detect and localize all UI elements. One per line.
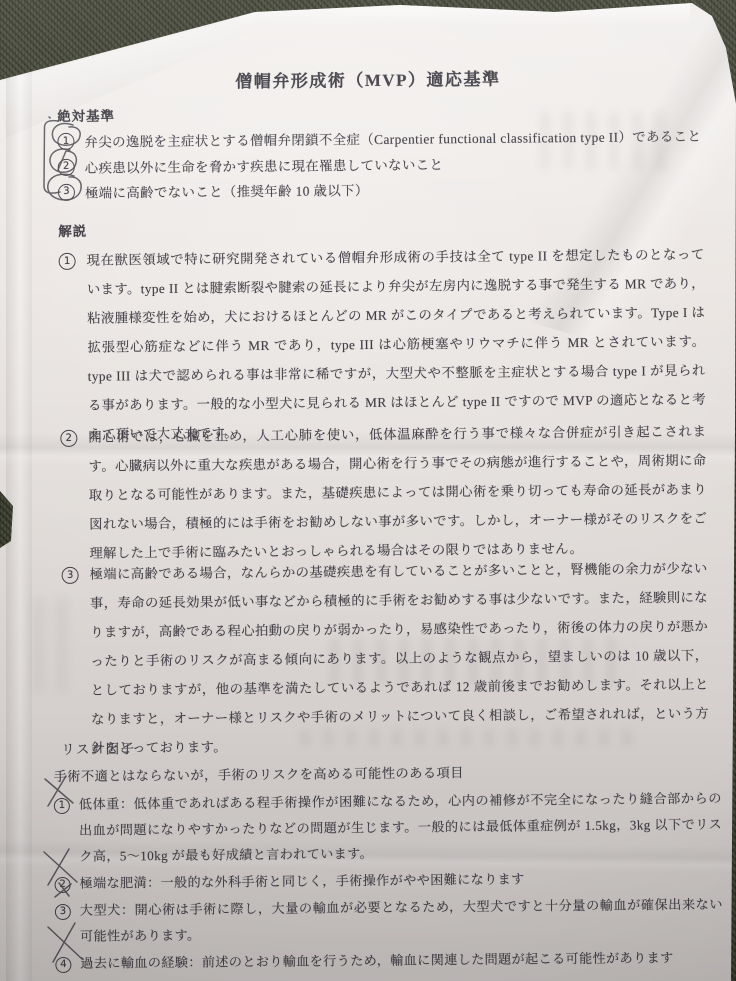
circled-number: 2: [60, 430, 77, 447]
staple-icon: [45, 49, 71, 57]
explanation-text: 極端に高齢である場合，なんらかの基礎疾患を有していることが多いことと，腎機能の余…: [89, 554, 709, 763]
circled-number: 4: [55, 957, 71, 973]
explanation-item: 2開心術では，心臓を止め，人工心肺を使い，低体温麻酔を行う事で様々な合併症が引き…: [60, 417, 707, 568]
absolute-criterion-item: 3極端に高齢でないこと（推奨年齢 10 歳以下）: [58, 173, 718, 205]
absolute-criterion-text: 弁尖の逸脱を主症状とする僧帽弁閉鎖不全症（Carpentier function…: [84, 126, 717, 151]
risk-factor-item: 3大型犬：開心術は手術に際し，大量の輸血が必要となるため，大型犬ですと十分量の輸…: [55, 892, 723, 950]
document-title: 僧帽弁形成術（MVP）適応基準: [0, 62, 736, 94]
circled-number: 1: [57, 133, 74, 150]
section-heading-absolute-criteria: 絶対基準: [57, 105, 115, 125]
circled-number: 2: [55, 877, 71, 893]
circled-number: 1: [59, 253, 76, 270]
document-page: 僧帽弁形成術（MVP）適応基準 絶対基準 1弁尖の逸脱を主症状とする僧帽弁閉鎖不…: [0, 0, 736, 981]
risk-factor-item: 1低体重：低体重であればある程手術操作が困難になるため，心内の補修が不完全になっ…: [54, 786, 723, 870]
explanation-text: 開心術では，心臓を止め，人工心肺を使い，低体温麻酔を行う事で様々な合併症が引き起…: [88, 417, 707, 568]
circled-number: 3: [58, 184, 75, 201]
risk-factor-list: 1低体重：低体重であればある程手術操作が困難になるため，心内の補修が不完全になっ…: [54, 786, 724, 978]
risk-factor-text: 大型犬：開心術は手術に際し，大量の輸血が必要となるため，大型犬ですと十分量の輸血…: [80, 892, 723, 950]
explanation-list: 1現在獣医領域で特に研究開発されている僧帽弁形成術の手技は全て type II …: [1, 239, 736, 246]
risk-factor-item: 4過去に輸血の経験：前述のとおり輸血を行うため，輸血に関連した問題が起こる可能性…: [55, 945, 723, 977]
risk-factor-text: 低体重：低体重であればある程手術操作が困難になるため，心内の補修が不完全になった…: [79, 786, 723, 870]
paper-sheet: 僧帽弁形成術（MVP）適応基準 絶対基準 1弁尖の逸脱を主症状とする僧帽弁閉鎖不…: [0, 0, 736, 981]
absolute-criterion-text: 心疾患以外に生命を脅かす疾患に現在罹患していないこと: [85, 151, 718, 176]
risk-intro-text: 手術不適とはならないが，手術のリスクを高める可能性のある項目: [53, 762, 464, 785]
circled-number: 3: [62, 567, 79, 584]
circled-number: 3: [55, 904, 71, 920]
absolute-criterion-text: 極端に高齢でないこと（推奨年齢 10 歳以下）: [85, 177, 718, 202]
absolute-criteria-list: 1弁尖の逸脱を主症状とする僧帽弁閉鎖不全症（Carpentier functio…: [57, 123, 718, 206]
explanation-item: 3極端に高齢である場合，なんらかの基礎疾患を有していることが多いことと，腎機能の…: [61, 554, 709, 763]
circled-number: 2: [58, 158, 75, 175]
photo-background: 僧帽弁形成術（MVP）適応基準 絶対基準 1弁尖の逸脱を主症状とする僧帽弁閉鎖不…: [0, 0, 736, 981]
section-heading-explanation: 解説: [58, 221, 87, 240]
section-heading-risk-factors: リスク因子: [61, 738, 135, 758]
risk-factor-text: 過去に輸血の経験：前述のとおり輸血を行うため，輸血に関連した問題が起こる可能性が…: [80, 945, 723, 977]
circled-number: 1: [54, 798, 70, 814]
